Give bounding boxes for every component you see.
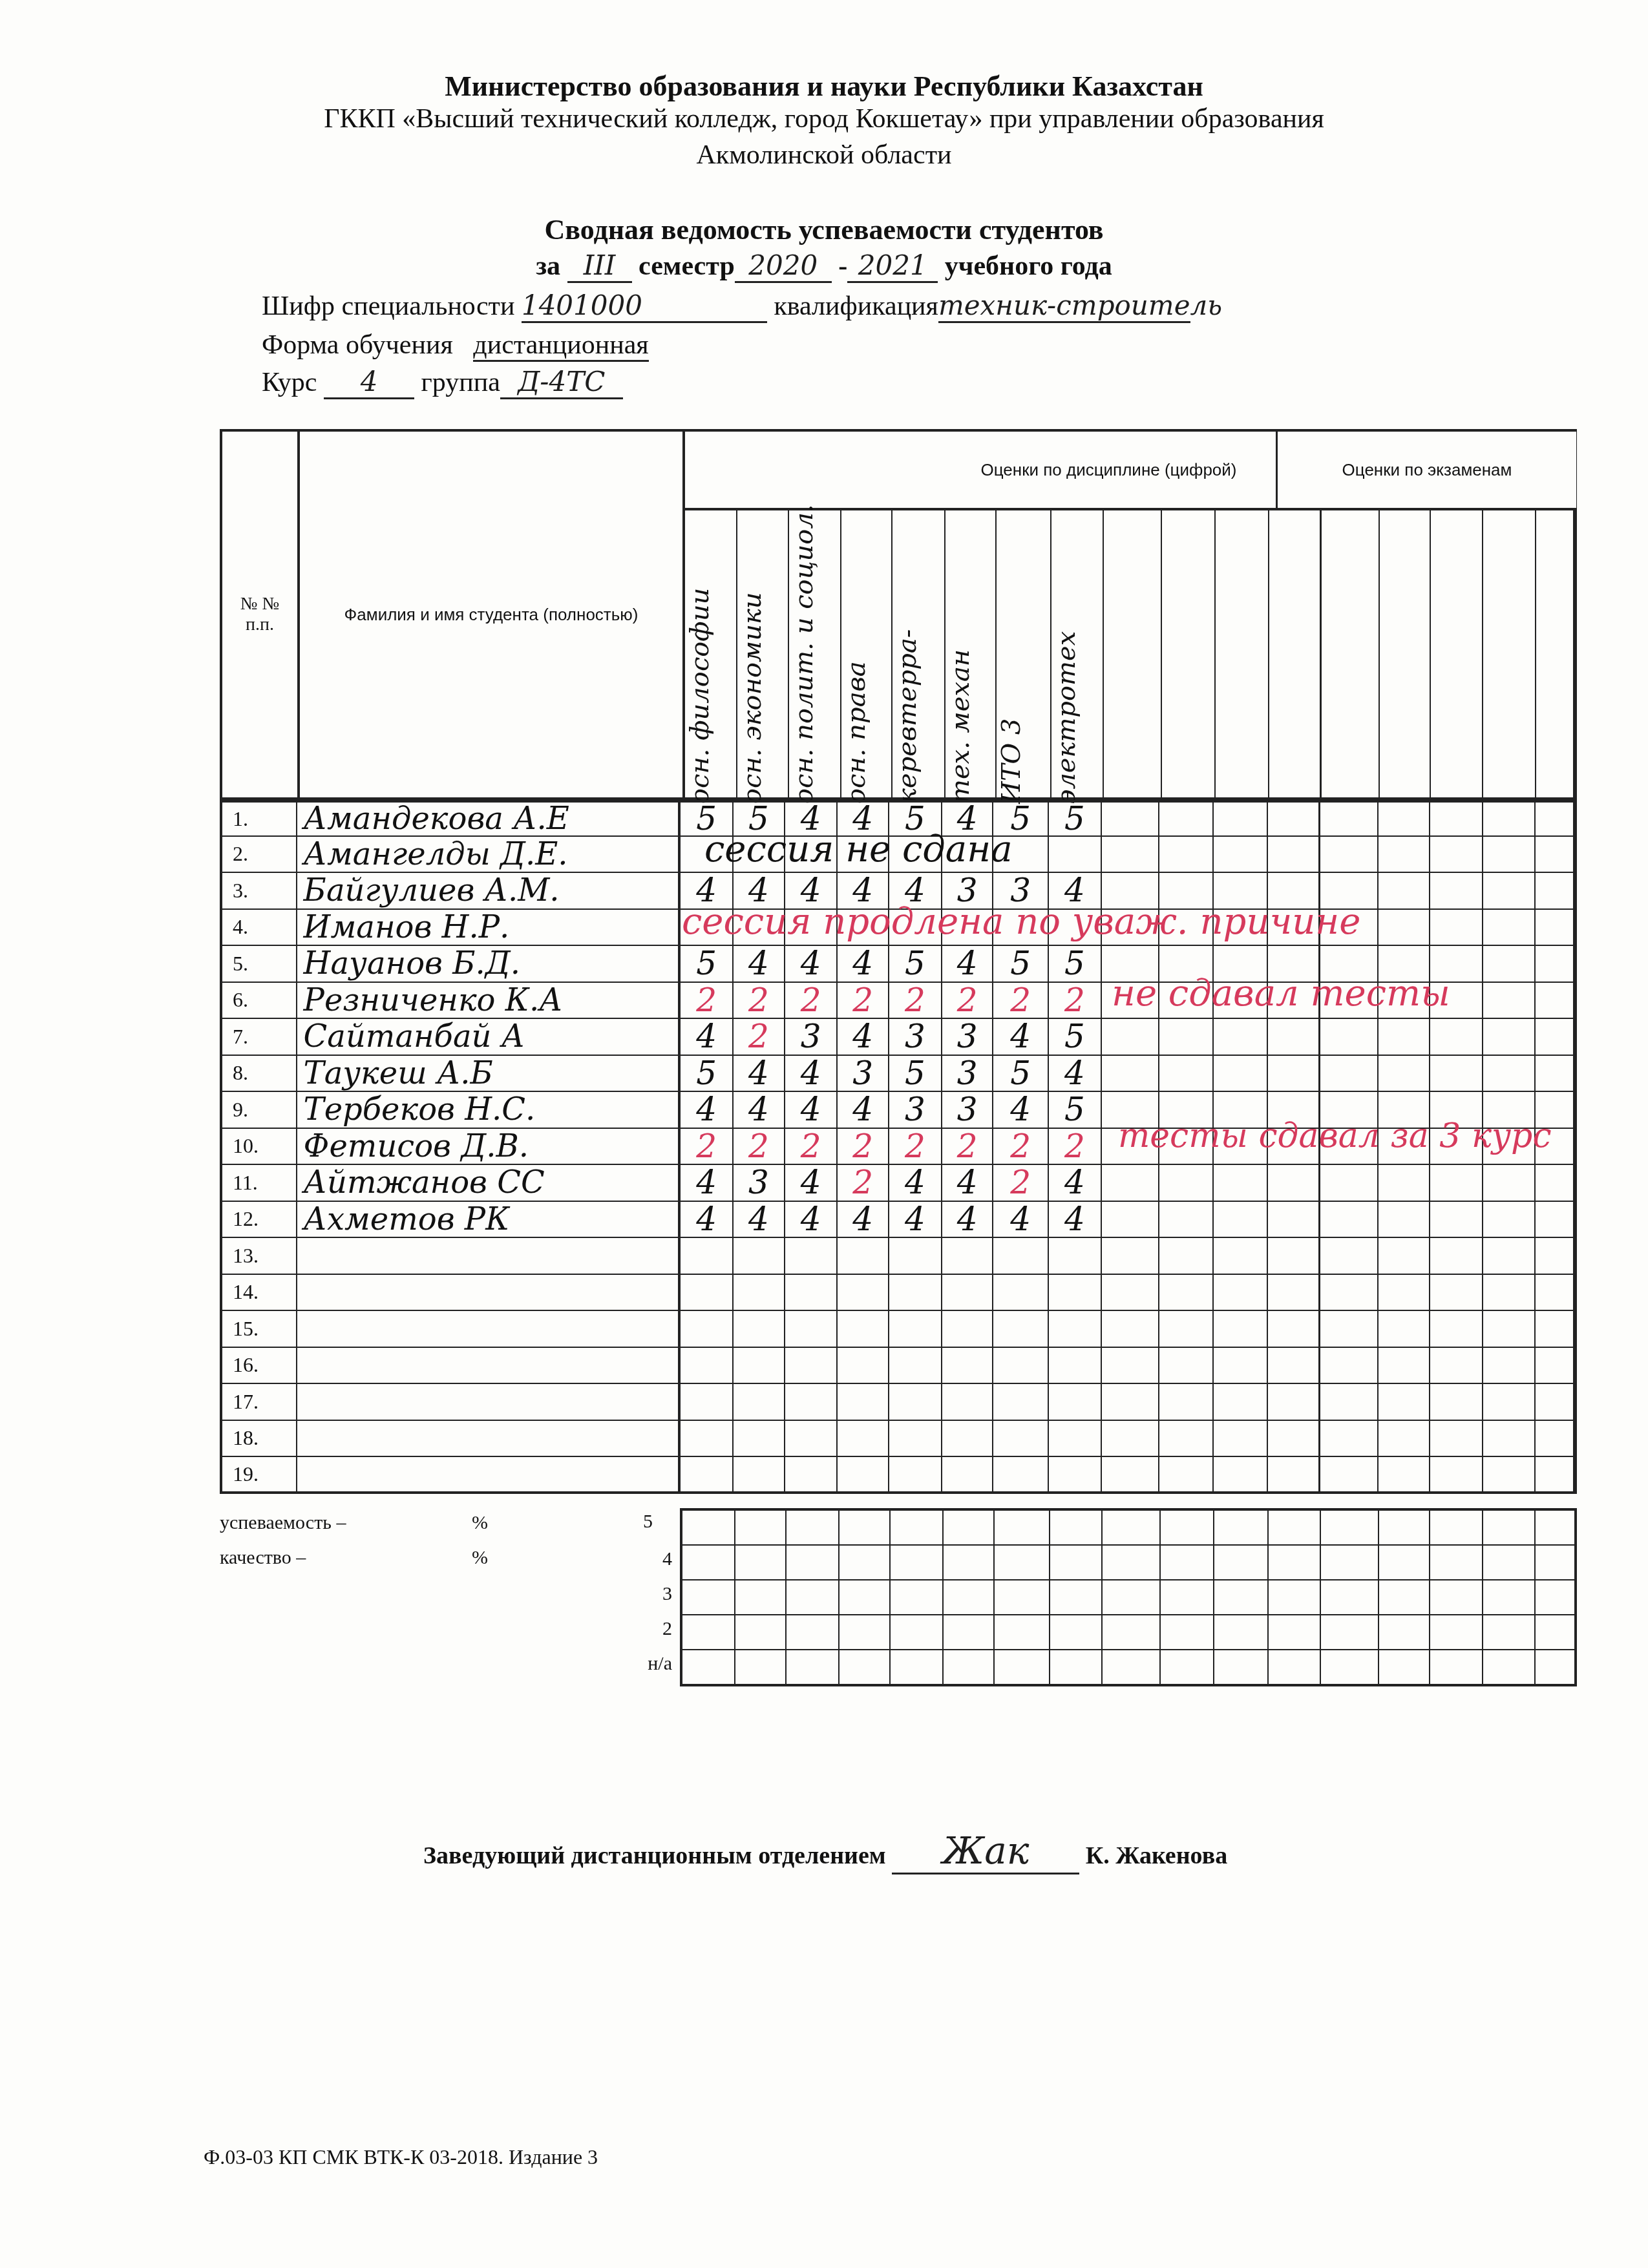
grade-cell: 2 — [838, 1129, 889, 1164]
discipline-header-cell — [1162, 510, 1216, 797]
student-name — [297, 1348, 681, 1383]
grade-cell: 2 — [993, 1129, 1049, 1164]
discipline-name: осн. философии — [685, 510, 715, 804]
grade-cell — [1536, 1275, 1574, 1310]
summary-cell — [1379, 1650, 1431, 1684]
grade-cell — [1214, 1238, 1268, 1274]
summary-cell — [735, 1615, 787, 1649]
grade-cell — [1536, 1457, 1574, 1491]
grade-cell — [1483, 1311, 1536, 1347]
grade-cell — [1102, 803, 1160, 835]
grade-cell: 2 — [993, 983, 1049, 1018]
grade-cell — [1102, 1238, 1160, 1274]
qualification-label: квалификация — [774, 291, 938, 321]
year-end: 2021 — [847, 249, 938, 283]
grade-cell — [785, 1421, 838, 1456]
summary-cell — [1483, 1615, 1536, 1649]
summary-cell — [1536, 1511, 1574, 1544]
grade-cell: 4 — [1049, 1165, 1102, 1201]
grade-cell: 4 — [681, 1019, 734, 1055]
grade-cell: 5 — [681, 1056, 734, 1091]
grade-count-label: н/а — [648, 1653, 672, 1675]
student-name — [297, 1457, 681, 1491]
signer-name: К. Жакенова — [1086, 1842, 1227, 1869]
grade-cell — [1379, 1457, 1430, 1491]
grade-cell — [681, 1275, 734, 1310]
year-suffix: учебного года — [945, 251, 1112, 281]
grade-cell — [1214, 1056, 1268, 1091]
summary-cell — [1379, 1580, 1431, 1614]
discipline-header-cell — [1216, 510, 1269, 797]
grade-count-label: 5 — [643, 1511, 653, 1533]
row-number: 13. — [222, 1238, 297, 1274]
discipline-header-cell — [1380, 510, 1431, 797]
grade-cell — [1102, 1384, 1160, 1420]
year-separator: - — [838, 251, 847, 281]
grade-cell — [1430, 1275, 1483, 1310]
grade-cell — [1536, 946, 1574, 982]
grade-cell: 2 — [785, 1129, 838, 1164]
summary-cell — [1430, 1546, 1483, 1579]
grade-cell — [993, 1311, 1049, 1347]
summary-cell — [1536, 1615, 1574, 1649]
grade-cell — [785, 1348, 838, 1383]
grade-cell — [1536, 1238, 1574, 1274]
grade-cell — [889, 1311, 942, 1347]
grade-cell — [889, 1275, 942, 1310]
grade-cell — [1049, 1348, 1102, 1383]
summary-row — [682, 1546, 1574, 1580]
grade-cell: 5 — [1049, 1019, 1102, 1055]
form-code: Ф.03-03 КП СМК ВТК-К 03-2018. Издание 3 — [204, 2145, 598, 2169]
grade-cell — [1049, 1384, 1102, 1420]
row-number: 6. — [222, 983, 297, 1018]
grade-cell — [1049, 1275, 1102, 1310]
grade-cell — [1483, 873, 1536, 908]
grade-cell — [1536, 1019, 1574, 1055]
grade-cell: 2 — [942, 1129, 994, 1164]
quality-percent: % — [472, 1547, 488, 1569]
grade-cell: 4 — [1049, 1056, 1102, 1091]
discipline-header-cell: осн. полит. и социол. — [789, 510, 841, 797]
summary-cell — [1379, 1546, 1431, 1579]
summary-cell — [1379, 1511, 1431, 1544]
row-number: 5. — [222, 946, 297, 982]
grade-cell — [734, 1275, 785, 1310]
grade-cell — [681, 1238, 734, 1274]
grade-cell — [1268, 1457, 1321, 1491]
student-name — [297, 1311, 681, 1347]
student-name — [297, 1384, 681, 1420]
grade-cell — [838, 1457, 889, 1491]
grade-cell — [1379, 873, 1430, 908]
summary-cell — [787, 1511, 840, 1544]
grade-cell — [1483, 1056, 1536, 1091]
grade-cell: 4 — [785, 1092, 838, 1128]
grade-cell — [1483, 1202, 1536, 1237]
summary-cell — [1161, 1580, 1215, 1614]
grade-count-label: 4 — [662, 1548, 672, 1570]
grade-cell — [838, 1421, 889, 1456]
summary-cell — [1214, 1511, 1269, 1544]
grade-cell — [993, 1238, 1049, 1274]
summary-row — [682, 1650, 1574, 1684]
grade-cell — [1379, 1165, 1430, 1201]
grade-cell — [1268, 803, 1321, 835]
row-number: 16. — [222, 1348, 297, 1383]
grade-cell: 2 — [942, 983, 994, 1018]
grade-cell — [1320, 1056, 1379, 1091]
student-name: Фетисов Д.В. — [297, 1129, 681, 1164]
grade-cell: 3 — [942, 1019, 994, 1055]
semester-prefix: за — [536, 251, 560, 281]
ministry-title: Министерство образования и науки Республ… — [0, 70, 1648, 103]
grade-cell: 4 — [942, 1202, 994, 1237]
grade-cell: 4 — [785, 1165, 838, 1201]
grade-cell: 2 — [838, 983, 889, 1018]
discipline-name: осн. полит. и социол. — [789, 510, 819, 804]
grade-cell — [785, 1457, 838, 1491]
summary-cell — [944, 1511, 995, 1544]
discipline-name: ИТО 3 — [997, 510, 1026, 804]
discipline-header-cell: электротех — [1051, 510, 1104, 797]
grade-cell: 4 — [734, 946, 785, 982]
summary-cell — [735, 1511, 787, 1544]
grade-cell — [1320, 1202, 1379, 1237]
discipline-columns: осн. философииосн. экономикиосн. полит. … — [685, 510, 1574, 797]
grade-cell — [1049, 1421, 1102, 1456]
summary-cell — [995, 1511, 1050, 1544]
grade-cell — [1214, 1348, 1268, 1383]
discipline-header-cell: осн. философии — [685, 510, 737, 797]
row-number: 7. — [222, 1019, 297, 1055]
grade-cell: 3 — [889, 1092, 942, 1128]
grade-cell — [1102, 1311, 1160, 1347]
row-number: 17. — [222, 1384, 297, 1420]
grade-cell — [734, 1421, 785, 1456]
grade-cell: 5 — [889, 946, 942, 982]
summary-cell — [1430, 1615, 1483, 1649]
grade-cell — [1159, 1238, 1214, 1274]
grade-cell: 2 — [993, 1165, 1049, 1201]
grade-cell — [1430, 1384, 1483, 1420]
grade-cell — [1430, 1019, 1483, 1055]
summary-cell — [682, 1546, 735, 1579]
grade-cell: 4 — [942, 946, 994, 982]
grade-cell — [1320, 1238, 1379, 1274]
grade-cell: 2 — [681, 983, 734, 1018]
grade-cell — [1159, 1019, 1214, 1055]
table-row: 7.Сайтанбай А42343345 — [220, 1019, 1577, 1056]
grade-cell — [1379, 1019, 1430, 1055]
summary-cell — [1269, 1650, 1322, 1684]
discipline-name: осн. права — [841, 510, 871, 804]
summary-cell — [1536, 1546, 1574, 1579]
grade-cell — [734, 1311, 785, 1347]
performance-percent: % — [472, 1512, 488, 1534]
row-number: 10. — [222, 1129, 297, 1164]
region-name: Акмолинской области — [0, 140, 1648, 171]
grade-cell — [1379, 803, 1430, 835]
summary-cell — [1269, 1511, 1322, 1544]
table-row: 8.Таукеш А.Б54435354 — [220, 1056, 1577, 1093]
summary-cell — [891, 1511, 944, 1544]
summary-row — [682, 1615, 1574, 1650]
grade-cell — [993, 1384, 1049, 1420]
summary-cell — [1214, 1615, 1269, 1649]
grade-cell — [1536, 1056, 1574, 1091]
grade-cell — [1379, 1311, 1430, 1347]
grade-cell — [1214, 1019, 1268, 1055]
grade-cell — [1214, 1311, 1268, 1347]
summary-cell — [1103, 1650, 1160, 1684]
specialty-value: 1401000 — [522, 289, 767, 323]
qualification-value: техник-строитель — [938, 289, 1190, 323]
semester-label: семестр — [639, 251, 735, 281]
discipline-header-cell — [1322, 510, 1379, 797]
summary-cell — [1536, 1650, 1574, 1684]
table-row: 14. — [220, 1275, 1577, 1312]
grade-cell: 4 — [681, 1202, 734, 1237]
summary-cell — [1269, 1546, 1322, 1579]
grade-cell: 5 — [993, 1056, 1049, 1091]
grade-cell — [1536, 1165, 1574, 1201]
grade-cell — [838, 1311, 889, 1347]
grade-cell — [1102, 1457, 1160, 1491]
grade-cell — [942, 1348, 994, 1383]
grade-cell: 3 — [942, 1056, 994, 1091]
table-row: 15. — [220, 1311, 1577, 1348]
grade-cell — [993, 1457, 1049, 1491]
summary-cell — [1321, 1615, 1379, 1649]
grade-cell — [1320, 837, 1379, 872]
grade-cell — [889, 1457, 942, 1491]
summary-cell — [840, 1546, 891, 1579]
course-label: Курс — [262, 368, 317, 397]
college-name: ГККП «Высший технический колледж, город … — [0, 103, 1648, 134]
grade-cell: 3 — [889, 1019, 942, 1055]
grade-cell — [1430, 1348, 1483, 1383]
grade-cell — [942, 1457, 994, 1491]
grade-cell — [1268, 1238, 1321, 1274]
grade-cell — [1102, 1421, 1160, 1456]
semester-line: за III семестр2020 -2021 учебного года — [0, 249, 1648, 283]
grade-cell — [1483, 1457, 1536, 1491]
grade-cell — [785, 1384, 838, 1420]
table-row: 18. — [220, 1421, 1577, 1458]
summary-cell — [1214, 1546, 1269, 1579]
grade-cell — [1320, 1019, 1379, 1055]
grade-cell — [681, 1457, 734, 1491]
grade-cell — [1159, 1165, 1214, 1201]
group-header-exams: Оценки по экзаменам — [1276, 432, 1576, 510]
grade-cell — [1102, 1348, 1160, 1383]
student-name: Амангелды Д.Е. — [297, 837, 681, 872]
grade-cell: 2 — [838, 1165, 889, 1201]
grade-cell — [1536, 1348, 1574, 1383]
grade-cell — [1536, 1384, 1574, 1420]
grade-cell: 4 — [681, 1092, 734, 1128]
grade-cell: 4 — [993, 1092, 1049, 1128]
grade-cell — [1159, 1056, 1214, 1091]
grade-cell — [1430, 803, 1483, 835]
year-start: 2020 — [735, 249, 832, 283]
summary-cell — [1483, 1511, 1536, 1544]
grade-cell: 2 — [734, 983, 785, 1018]
grade-cell — [1430, 873, 1483, 908]
study-form-line: Форма обучения дистанционная — [262, 330, 649, 361]
grade-cell — [942, 1311, 994, 1347]
grade-cell — [1159, 1275, 1214, 1310]
grade-cell — [1102, 1056, 1160, 1091]
grade-cell — [1268, 837, 1321, 872]
grade-cell — [785, 1238, 838, 1274]
summary-cell — [1321, 1511, 1379, 1544]
grade-cell: 3 — [942, 1092, 994, 1128]
grade-cell: 4 — [838, 1019, 889, 1055]
grade-cell: 4 — [734, 1202, 785, 1237]
grade-cell — [1379, 910, 1430, 945]
grade-cell — [1214, 1275, 1268, 1310]
summary-cell — [1483, 1580, 1536, 1614]
summary-cell — [1103, 1580, 1160, 1614]
row-number: 11. — [222, 1165, 297, 1201]
group-value: Д-4ТС — [500, 366, 623, 399]
row-number: 19. — [222, 1457, 297, 1491]
grade-cell — [1320, 1384, 1379, 1420]
grade-cell — [1379, 1348, 1430, 1383]
summary-cell — [891, 1580, 944, 1614]
group-label: группа — [421, 368, 500, 397]
course-value: 4 — [324, 366, 414, 399]
grade-cell — [681, 1421, 734, 1456]
summary-cell — [1050, 1511, 1103, 1544]
student-name — [297, 1421, 681, 1456]
grade-cell — [1483, 1348, 1536, 1383]
table-row: 16. — [220, 1348, 1577, 1385]
grade-cell — [1483, 910, 1536, 945]
study-form-value: дистанционная — [473, 330, 648, 362]
grade-cell — [1430, 1202, 1483, 1237]
grade-cell: 3 — [734, 1165, 785, 1201]
grade-cell — [1049, 837, 1102, 872]
course-line: Курс 4 группаД-4ТС — [262, 366, 623, 399]
discipline-header-cell — [1269, 510, 1322, 797]
grade-cell: 5 — [1049, 803, 1102, 835]
grade-cell — [1483, 1238, 1536, 1274]
student-name: Айтжанов СС — [297, 1165, 681, 1201]
row-number: 18. — [222, 1421, 297, 1456]
grade-cell — [1049, 1311, 1102, 1347]
grade-cell — [1159, 803, 1214, 835]
grade-cell — [1483, 1275, 1536, 1310]
semester-value: III — [567, 249, 632, 283]
summary-cell — [1050, 1580, 1103, 1614]
row-number: 4. — [222, 910, 297, 945]
discipline-header-cell — [1104, 510, 1161, 797]
summary-cell — [1103, 1511, 1160, 1544]
grade-cell — [785, 1275, 838, 1310]
grade-cell: 2 — [1049, 983, 1102, 1018]
grade-cell — [1268, 1275, 1321, 1310]
grade-cell — [993, 1275, 1049, 1310]
grade-cell: 4 — [785, 946, 838, 982]
row-number: 2. — [222, 837, 297, 872]
summary-cell — [1269, 1580, 1322, 1614]
summary-grid — [680, 1508, 1577, 1686]
grade-cell — [1483, 803, 1536, 835]
discipline-name: осн. экономики — [737, 510, 767, 804]
grade-cell — [1536, 983, 1574, 1018]
grade-cell — [1102, 1202, 1160, 1237]
grade-cell — [942, 1421, 994, 1456]
grade-cell — [1379, 1202, 1430, 1237]
summary-cell — [1103, 1546, 1160, 1579]
grade-cell — [1102, 1275, 1160, 1310]
grade-cell: 4 — [838, 1202, 889, 1237]
summary-cell — [1269, 1615, 1322, 1649]
summary-row — [682, 1511, 1574, 1546]
grade-cell — [681, 1311, 734, 1347]
grade-cell: 4 — [889, 1202, 942, 1237]
table-header: № № п.п. Фамилия и имя студента (полност… — [220, 429, 1577, 800]
specialty-line: Шифр специальности 1401000 квалификацият… — [262, 289, 1190, 323]
study-form-label: Форма обучения — [262, 330, 453, 360]
table-row: 19. — [220, 1457, 1577, 1494]
grade-cell — [1159, 1311, 1214, 1347]
grade-cell: 4 — [993, 1202, 1049, 1237]
row-number: 9. — [222, 1092, 297, 1128]
student-name: Науанов Б.Д. — [297, 946, 681, 982]
grade-cell — [1430, 1165, 1483, 1201]
grade-cell — [1159, 1421, 1214, 1456]
summary-cell — [735, 1650, 787, 1684]
grade-cell: 4 — [838, 1092, 889, 1128]
student-name: Амандекова А.Е — [297, 803, 681, 835]
grade-cell — [1214, 1165, 1268, 1201]
summary-cell — [840, 1580, 891, 1614]
grade-cell: 2 — [1049, 1129, 1102, 1164]
grade-cell: 5 — [993, 946, 1049, 982]
summary-cell — [995, 1650, 1050, 1684]
grade-cell — [1320, 1165, 1379, 1201]
grade-cell — [1214, 1202, 1268, 1237]
grade-cell — [1102, 1165, 1160, 1201]
grade-cell — [838, 1348, 889, 1383]
discipline-header-cell: керевтерра- — [893, 510, 945, 797]
grade-cell — [1214, 837, 1268, 872]
summary-cell — [682, 1580, 735, 1614]
summary-cell — [1103, 1615, 1160, 1649]
note-row-10: тесты сдавал за 3 курс — [1118, 1117, 1552, 1155]
student-name: Ахметов РК — [297, 1202, 681, 1237]
student-name: Резниченко К.А — [297, 983, 681, 1018]
grade-cell: 2 — [734, 1019, 785, 1055]
grade-cell — [1268, 1056, 1321, 1091]
grade-cell — [1320, 1275, 1379, 1310]
grade-cell — [1483, 1384, 1536, 1420]
grade-cell — [1268, 1311, 1321, 1347]
grade-cell — [1320, 1311, 1379, 1347]
column-header-number: № № п.п. — [222, 432, 300, 797]
grade-cell — [734, 1348, 785, 1383]
summary-cell — [1430, 1650, 1483, 1684]
grade-cell: 4 — [942, 1165, 994, 1201]
grade-cell — [681, 1348, 734, 1383]
summary-cell — [995, 1580, 1050, 1614]
grade-cell — [838, 1384, 889, 1420]
discipline-header-cell — [1536, 510, 1574, 797]
